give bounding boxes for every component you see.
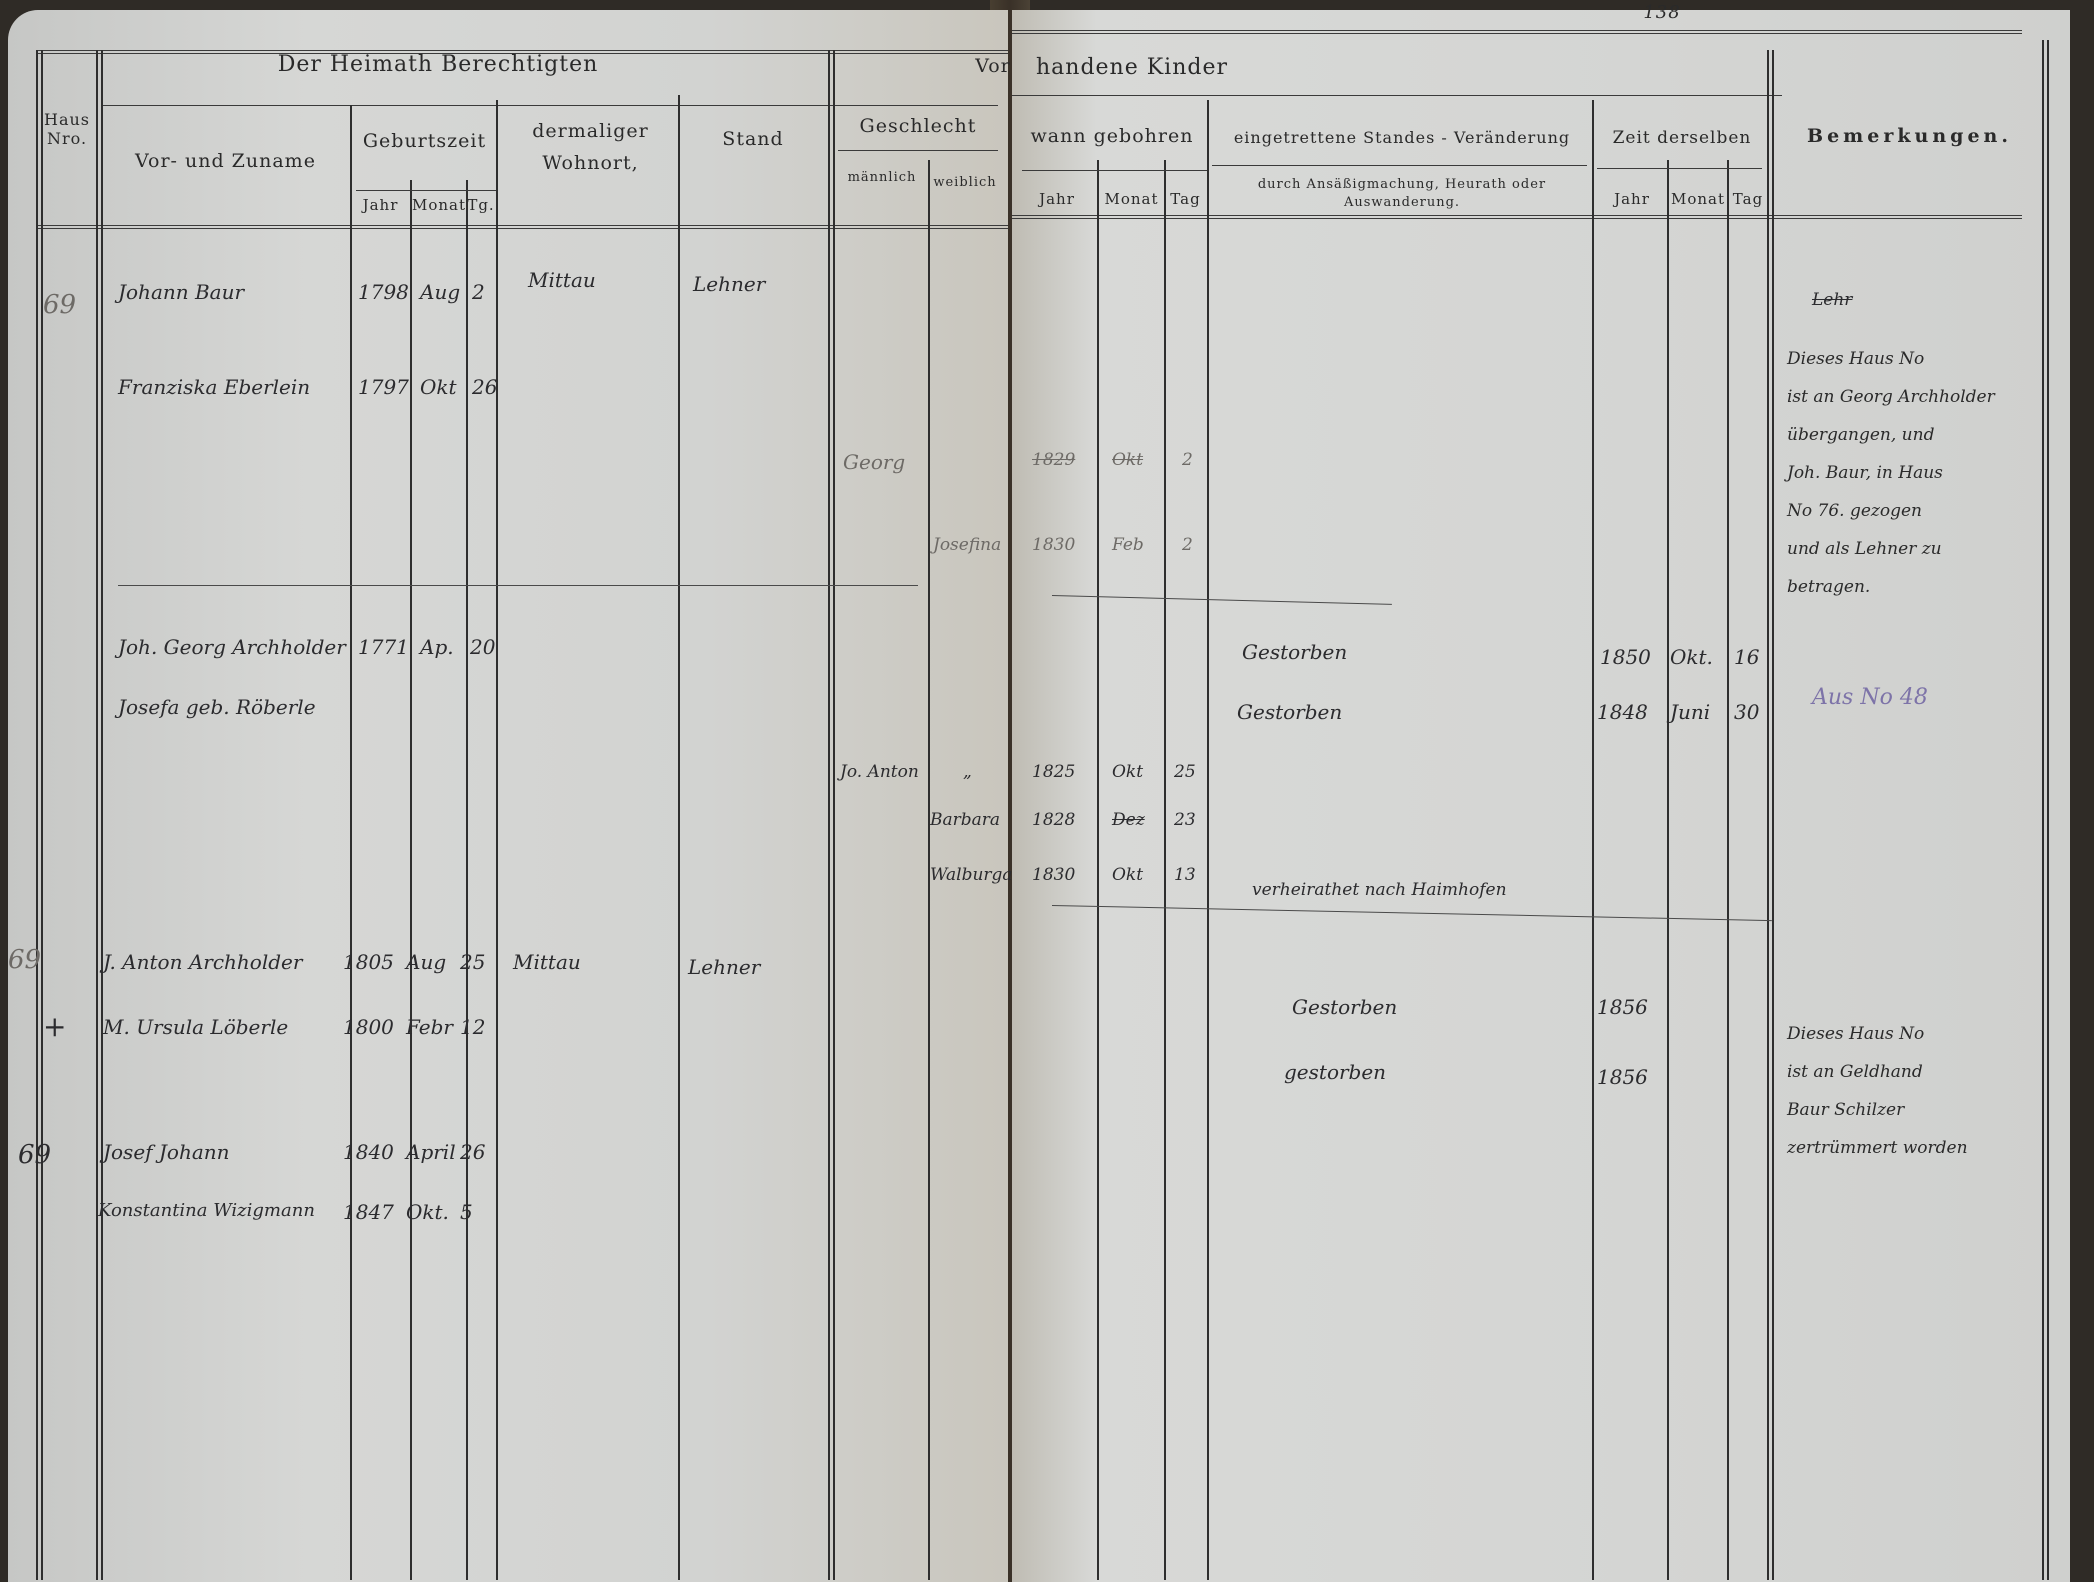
birth-year: 1847	[343, 1200, 394, 1224]
birth-year: 1805	[343, 950, 394, 974]
birth-day: 26	[472, 375, 497, 399]
entry-separator	[1052, 905, 1772, 921]
child-birth-month: Okt	[1112, 450, 1143, 470]
birth-month: Aug	[406, 950, 446, 974]
child-birth-year: 1830	[1032, 865, 1075, 885]
remark-top: Dieses Haus No ist an Georg Archholder ü…	[1787, 340, 1995, 606]
header-mid-rule	[1012, 95, 1782, 96]
geburt-sub-rule	[356, 190, 496, 191]
entry-separator	[1052, 595, 1392, 605]
entry-separator	[118, 585, 918, 586]
child-birth-day: 2	[1182, 535, 1193, 555]
haus-number: 69	[43, 290, 76, 320]
birth-year: 1797	[358, 375, 409, 399]
haus-column-divider	[96, 50, 103, 1580]
geschlecht-header: Geschlecht	[838, 115, 998, 137]
birth-year: 1771	[358, 635, 409, 659]
birth-day: 12	[460, 1015, 485, 1039]
death-cross-marker: +	[43, 1010, 66, 1043]
person-name: Johann Baur	[118, 280, 244, 304]
change-month: Juni	[1670, 700, 1710, 724]
child-birth-day: 13	[1174, 865, 1196, 885]
zeit-monat-divider	[1727, 160, 1729, 1580]
person-name: Franziska Eberlein	[118, 375, 310, 399]
left-title: Der Heimath Berechtigten	[188, 52, 688, 77]
birth-day: 5	[460, 1200, 473, 1224]
wohnort-divider	[678, 95, 680, 1580]
child-tag-header: Tag	[1164, 190, 1207, 208]
geburt-divider	[496, 100, 498, 1580]
geburtszeit-header: Geburtszeit	[353, 130, 496, 152]
veraenderung-sub-rule	[1212, 165, 1587, 166]
residence: Mittau	[513, 950, 581, 974]
birth-year: 1840	[343, 1140, 394, 1164]
status-change: Gestorben	[1292, 995, 1397, 1019]
child-birth-year: 1829	[1032, 450, 1075, 470]
status-change: Gestorben	[1237, 700, 1342, 724]
jahr-divider	[1097, 160, 1099, 1580]
haus-nro-header: Haus Nro.	[38, 110, 96, 148]
wohnort-header: dermaliger Wohnort,	[508, 115, 673, 179]
wann-gebohren-header: wann gebohren	[1017, 125, 1207, 147]
child-birth-day: 2	[1182, 450, 1193, 470]
child-birth-month: Okt	[1112, 762, 1143, 782]
child-birth-day: 23	[1174, 810, 1196, 830]
name-header: Vor- und Zuname	[103, 150, 348, 172]
person-name: Josef Johann	[103, 1140, 230, 1164]
veraenderung-header: eingetrettene Standes - Veränderung	[1212, 128, 1592, 147]
birth-month: Febr	[406, 1015, 453, 1039]
change-month: Okt.	[1670, 645, 1713, 669]
zeit-header: Zeit derselben	[1597, 128, 1767, 148]
header-top-rule	[1012, 30, 2022, 34]
remark-middle: Aus No 48	[1812, 685, 1928, 710]
geburt-monat-header: Monat	[412, 196, 466, 214]
zeit-jahr-header: Jahr	[1597, 190, 1667, 208]
right-title: handene Kinder	[1012, 55, 1252, 80]
change-year: 1848	[1597, 700, 1648, 724]
status-change: Gestorben	[1242, 640, 1347, 664]
stand-header: Stand	[683, 128, 823, 150]
birth-month: Aug	[420, 280, 460, 304]
zeit-tag-header: Tag	[1729, 190, 1767, 208]
child-birth-year: 1830	[1032, 535, 1075, 555]
right-page: 138 handene Kinder wann gebohren Jahr Mo…	[1012, 10, 2070, 1582]
header-mid-rule	[103, 105, 998, 106]
monat-divider	[466, 180, 468, 1580]
person-name: Joh. Georg Archholder	[118, 635, 346, 659]
remark-bottom: Dieses Haus No ist an Geldhand Baur Schi…	[1787, 1015, 1968, 1167]
title-continuation: Vor	[968, 55, 1018, 77]
change-day: 30	[1734, 700, 1759, 724]
page-number: 138	[1612, 2, 1712, 23]
person-name: M. Ursula Löberle	[103, 1015, 288, 1039]
zeit-monat-header: Monat	[1669, 190, 1727, 208]
residence: Mittau	[528, 268, 596, 292]
status: Lehner	[688, 955, 760, 979]
gebohren-sub-rule	[1022, 170, 1207, 171]
person-name: Josefa geb. Röberle	[118, 695, 316, 719]
geburt-tag-header: Tg.	[466, 196, 496, 214]
person-name: J. Anton Archholder	[103, 950, 302, 974]
change-day: 16	[1734, 645, 1759, 669]
veraenderung-subheader: durch Ansäßigmachung, Heurath oder Auswa…	[1222, 176, 1582, 212]
child-birth-month: Dez	[1112, 810, 1145, 830]
child-monat-header: Monat	[1099, 190, 1164, 208]
birth-day: 25	[460, 950, 485, 974]
child-female-name: Walburga	[930, 865, 1013, 885]
child-jahr-header: Jahr	[1017, 190, 1097, 208]
child-female-name: Barbara	[930, 810, 1000, 830]
birth-month: April	[406, 1140, 456, 1164]
child-birth-year: 1825	[1032, 762, 1075, 782]
haus-number: 69	[8, 945, 41, 975]
child-female-name: „	[963, 762, 972, 782]
birth-day: 20	[470, 635, 495, 659]
bemerkungen-header: Bemerkungen.	[1782, 125, 2037, 147]
geschlecht-sub-rule	[838, 150, 998, 151]
zeit-sub-rule	[1597, 168, 1762, 169]
weiblich-header: weiblich	[930, 175, 1000, 190]
name-divider	[350, 105, 352, 1580]
birth-year: 1800	[343, 1015, 394, 1039]
child-female-name: Josefina	[933, 535, 1001, 555]
birth-day: 2	[472, 280, 485, 304]
birth-year: 1798	[358, 280, 409, 304]
monat-divider	[1164, 160, 1166, 1580]
birth-day: 26	[460, 1140, 485, 1164]
status: Lehner	[693, 272, 765, 296]
child-birth-day: 25	[1174, 762, 1196, 782]
gebohren-divider	[1207, 100, 1209, 1580]
left-border	[36, 50, 43, 1580]
status-change: verheirathet nach Haimhofen	[1252, 880, 1507, 900]
jahr-divider	[410, 180, 412, 1580]
haus-number: 69	[18, 1140, 51, 1170]
header-bottom-rule	[38, 225, 1008, 229]
change-year: 1856	[1597, 995, 1648, 1019]
bemerkungen-divider	[1767, 50, 1774, 1580]
child-birth-month: Feb	[1112, 535, 1144, 555]
veraenderung-divider	[1592, 100, 1594, 1580]
change-year: 1856	[1597, 1065, 1648, 1089]
remark-struck: Lehr	[1812, 290, 1852, 310]
child-birth-year: 1828	[1032, 810, 1075, 830]
birth-month: Ap.	[420, 635, 454, 659]
change-year: 1850	[1600, 645, 1651, 669]
person-name: Konstantina Wizigmann	[98, 1200, 315, 1221]
left-page: Der Heimath Berechtigten Vor Haus Nro. V…	[8, 10, 1008, 1582]
geburt-jahr-header: Jahr	[353, 196, 408, 214]
birth-month: Okt	[420, 375, 457, 399]
status-change: gestorben	[1284, 1060, 1386, 1084]
right-border	[2042, 40, 2049, 1580]
child-male-name: Georg	[843, 450, 905, 474]
child-male-name: Jo. Anton	[840, 762, 919, 782]
child-birth-month: Okt	[1112, 865, 1143, 885]
zeit-jahr-divider	[1667, 160, 1669, 1580]
stand-divider	[828, 50, 835, 1580]
birth-month: Okt.	[406, 1200, 449, 1224]
maennlich-header: männlich	[836, 170, 928, 185]
